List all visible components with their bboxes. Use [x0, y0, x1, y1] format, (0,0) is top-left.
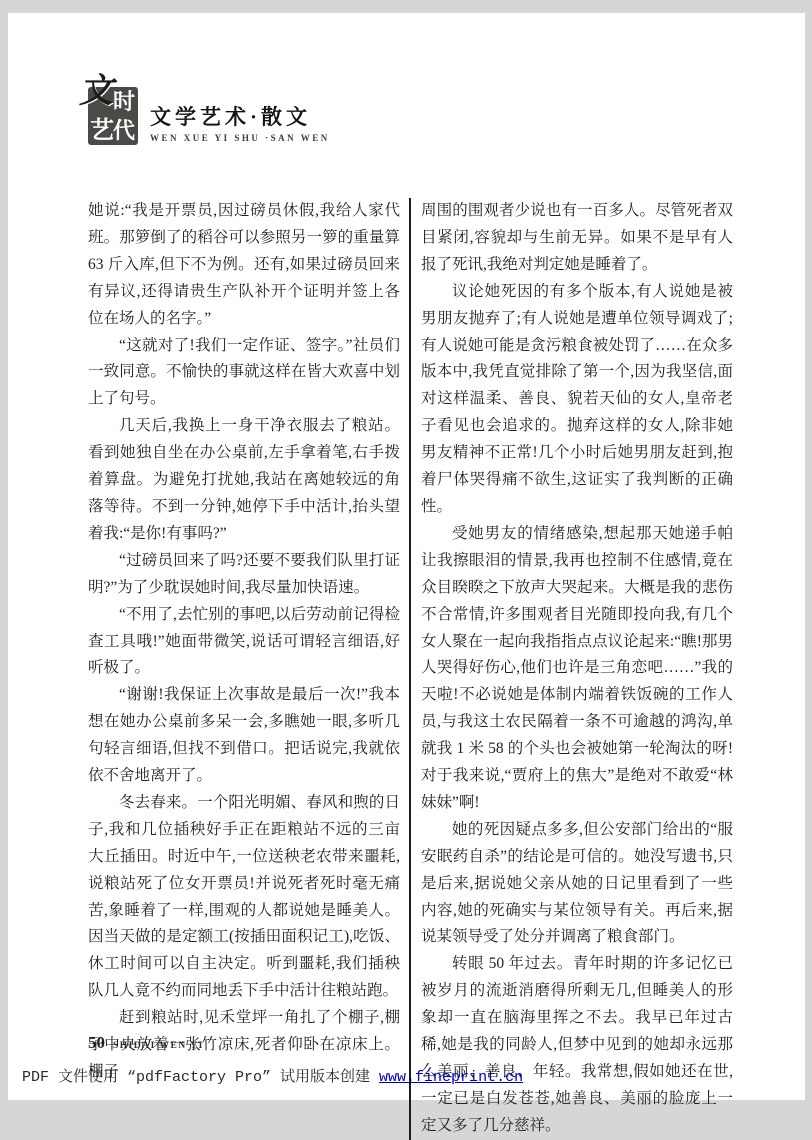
paragraph: 她说:“我是开票员,因过磅员休假,我给人家代班。那箩倒了的稻谷可以参照另一箩的重…	[88, 198, 400, 333]
column-divider	[409, 198, 411, 1100]
paragraph: “谢谢!我保证上次事故是最后一次!”我本想在她办公桌前多呆一会,多瞧她一眼,多听…	[88, 682, 400, 790]
paragraph: 受她男友的情绪感染,想起那天她递手帕让我擦眼泪的情景,我再也控制不住感情,竟在众…	[421, 521, 733, 817]
paragraph: “不用了,去忙别的事吧,以后劳动前记得检查工具哦!”她面带微笑,说话可谓轻言细语…	[88, 602, 400, 683]
paragraph: “这就对了!我们一定作证、签字。”社员们一致同意。不愉快的事就这样在皆大欢喜中划…	[88, 333, 400, 414]
section-titles: 文学艺术·散文 WEN XUE YI SHU ·SAN WEN	[150, 106, 330, 145]
logo-char-wen: 文	[79, 75, 113, 109]
paragraph: 冬去春来。一个阳光明媚、春风和煦的日子,我和几位插秧好手正在距粮站不远的三亩大丘…	[88, 790, 400, 1005]
logo-char-shi: 时	[113, 91, 135, 113]
section-title: 文学艺术·散文	[150, 106, 330, 129]
page-folio: 50 SHIDAI WEN YI	[88, 1033, 204, 1053]
right-column: 周围的围观者少说也有一百多人。尽管死者双目紧闭,容貌却与生前无异。如果不是早有人…	[421, 198, 733, 1100]
watermark-text: PDF 文件使用 “pdfFactory Pro” 试用版本创建	[22, 1069, 379, 1086]
left-column: 她说:“我是开票员,因过磅员休假,我给人家代班。那箩倒了的稻谷可以参照另一箩的重…	[88, 198, 400, 1100]
page-number: 50	[88, 1033, 105, 1053]
logo-char-dai: 代	[113, 120, 135, 142]
fineprint-link[interactable]: www.fineprint.cn	[379, 1069, 523, 1086]
logo-char-yi: 艺	[90, 119, 114, 143]
paragraph: “过磅员回来了吗?还要不要我们队里打证明?”为了少耽误她时间,我尽量加快语速。	[88, 548, 400, 602]
paragraph: 她的死因疑点多多,但公安部门给出的“服安眠药自杀”的结论是可信的。她没写遗书,只…	[421, 817, 733, 952]
paragraph: 议论她死因的有多个版本,有人说她是被男朋友抛弃了;有人说她是遭单位领导调戏了;有…	[421, 279, 733, 521]
pdf-trial-watermark: PDF 文件使用 “pdfFactory Pro” 试用版本创建 www.fin…	[22, 1065, 802, 1086]
section-subtitle-pinyin: WEN XUE YI SHU ·SAN WEN	[150, 133, 330, 143]
magazine-page: 文 艺 时 代 文学艺术·散文 WEN XUE YI SHU ·SAN WEN …	[8, 13, 805, 1100]
page-header: 文 艺 时 代 文学艺术·散文 WEN XUE YI SHU ·SAN WEN	[88, 75, 330, 145]
journal-logo: 文 艺 时 代	[88, 87, 138, 145]
paragraph: 几天后,我换上一身干净衣服去了粮站。看到她独自坐在办公桌前,左手拿着笔,右手拨着…	[88, 413, 400, 548]
journal-name-pinyin: SHIDAI WEN YI	[113, 1041, 204, 1051]
article-body: 她说:“我是开票员,因过磅员休假,我给人家代班。那箩倒了的稻谷可以参照另一箩的重…	[88, 198, 733, 1100]
paragraph: 周围的围观者少说也有一百多人。尽管死者双目紧闭,容貌却与生前无异。如果不是早有人…	[421, 198, 733, 279]
